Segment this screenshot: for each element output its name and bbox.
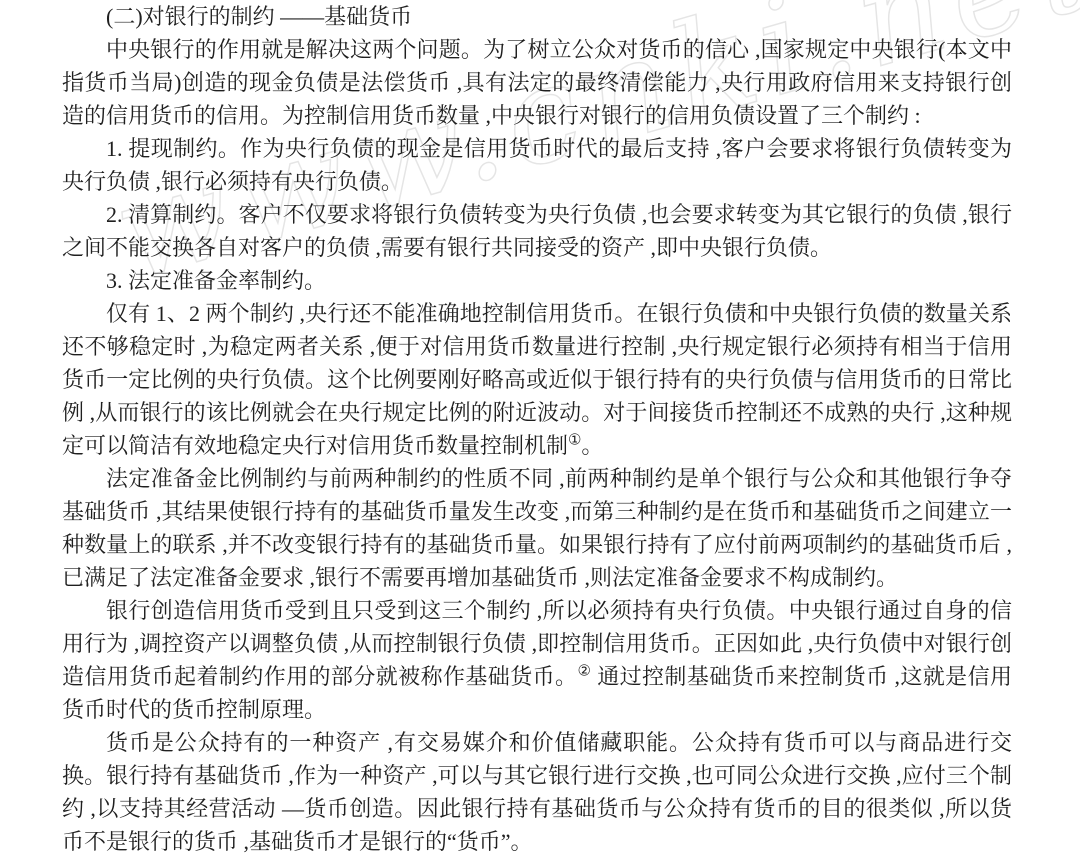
paragraph-text: 法定准备金比例制约与前两种制约的性质不同 ,前两种制约是单个银行与公众和其他银行…: [62, 466, 1012, 590]
paragraph-reserve-nature: 法定准备金比例制约与前两种制约的性质不同 ,前两种制约是单个银行与公众和其他银行…: [62, 462, 1012, 594]
paragraph-base-money-definition: 银行创造信用货币受到且只受到这三个制约 ,所以必须持有央行负债。中央银行通过自身…: [62, 594, 1012, 726]
journal-page: www.cnki.net (二)对银行的制约 ——基础货币 中央银行的作用就是解…: [0, 0, 1080, 860]
paragraph-text: 3. 法定准备金率制约。: [106, 268, 326, 293]
paragraph-intro: 中央银行的作用就是解决这两个问题。为了树立公众对货币的信心 ,国家规定中央银行(…: [62, 33, 1012, 132]
paragraph-reserve-ratio: 仅有 1、2 两个制约 ,央行还不能准确地控制信用货币。在银行负债和中央银行负债…: [62, 297, 1012, 462]
article-text-column: (二)对银行的制约 ——基础货币 中央银行的作用就是解决这两个问题。为了树立公众…: [62, 0, 1012, 858]
paragraph-constraint-2: 2. 清算制约。客户不仅要求将银行负债转变为央行负债 ,也会要求转变为其它银行的…: [62, 198, 1012, 264]
paragraph-money-as-asset: 货币是公众持有的一种资产 ,有交易媒介和价值储藏职能。公众持有货币可以与商品进行…: [62, 726, 1012, 858]
paragraph-text: 货币是公众持有的一种资产 ,有交易媒介和价值储藏职能。公众持有货币可以与商品进行…: [62, 730, 1012, 854]
section-heading: (二)对银行的制约 ——基础货币: [62, 0, 1012, 33]
footnote-ref-2: ②: [577, 664, 591, 680]
footnote-ref-1: ①: [568, 433, 581, 449]
paragraph-text: 仅有 1、2 两个制约 ,央行还不能准确地控制信用货币。在银行负债和中央银行负债…: [62, 301, 1012, 458]
paragraph-constraint-1: 1. 提现制约。作为央行负债的现金是信用货币时代的最后支持 ,客户会要求将银行负…: [62, 132, 1012, 198]
paragraph-constraint-3: 3. 法定准备金率制约。: [62, 264, 1012, 297]
paragraph-text: 1. 提现制约。作为央行负债的现金是信用货币时代的最后支持 ,客户会要求将银行负…: [62, 136, 1012, 194]
paragraph-text: 2. 清算制约。客户不仅要求将银行负债转变为央行负债 ,也会要求转变为其它银行的…: [62, 202, 1012, 260]
paragraph-text: 中央银行的作用就是解决这两个问题。为了树立公众对货币的信心 ,国家规定中央银行(…: [62, 37, 1012, 128]
paragraph-text-tail: 。: [581, 433, 603, 458]
